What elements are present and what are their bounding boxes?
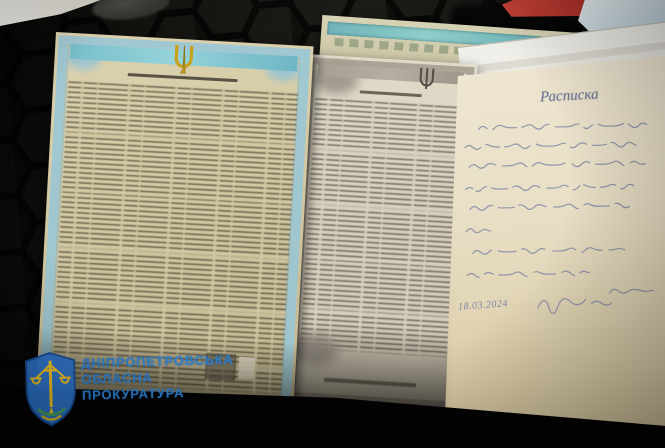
prosecutor-watermark: ДНІПРОПЕТРОВСЬКА ОБЛАСНА ПРОКУРАТУРА: [15, 340, 288, 448]
handwritten-line: [469, 161, 645, 169]
handwriting-lines: [436, 48, 665, 448]
signature: [609, 289, 653, 294]
handwritten-line: [479, 123, 647, 131]
handwritten-line: [466, 228, 490, 232]
watermark-org-line: ПРОКУРАТУРА: [82, 385, 185, 403]
handwritten-line: [467, 271, 593, 278]
watermark-org-line: ДНІПРОПЕТРОВСЬКА: [81, 352, 234, 371]
tryzub-icon: [171, 43, 197, 76]
typed-text-block: [300, 97, 465, 358]
evidence-photo: Расписка 18.03.2024: [0, 0, 665, 448]
signature: [538, 298, 612, 314]
handwritten-receipt: Расписка 18.03.2024: [436, 48, 665, 448]
tryzub-outline-icon: [416, 66, 438, 93]
handwritten-line: [470, 203, 630, 210]
handwritten-line: [465, 142, 641, 150]
prosecutor-emblem-icon: [23, 350, 79, 429]
handwritten-line: [473, 247, 625, 254]
handwritten-line: [466, 184, 634, 192]
watermark-org-line: ОБЛАСНА: [81, 370, 152, 387]
